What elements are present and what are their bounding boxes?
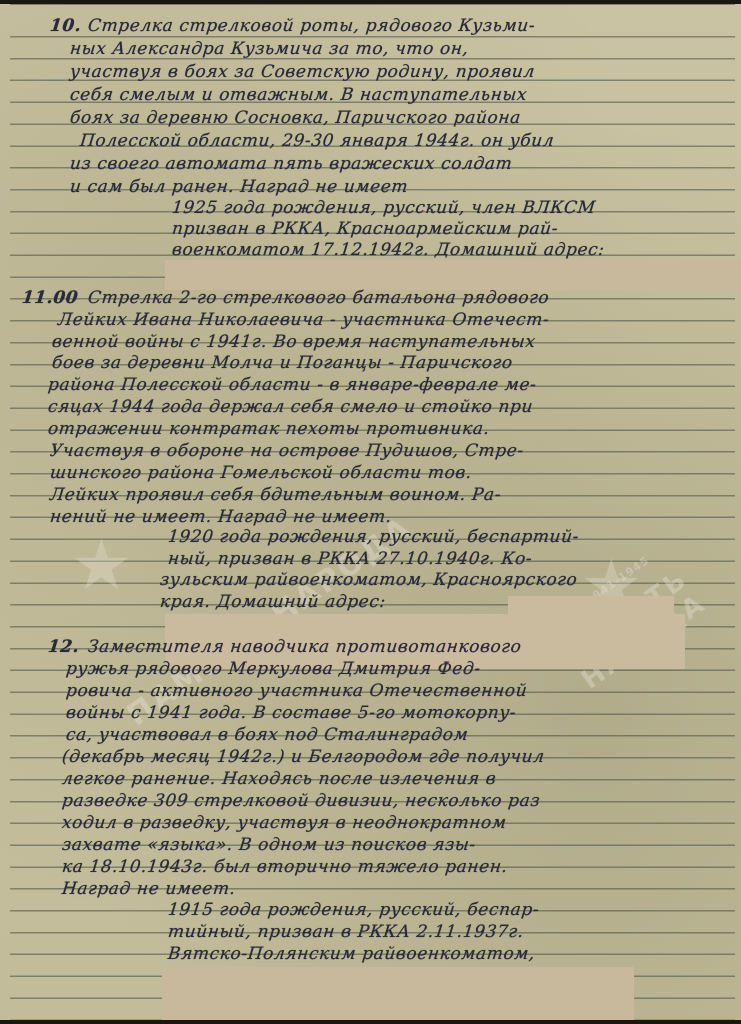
bio-line: 1925 года рождения, русский, член ВЛКСМ [171,198,597,218]
entry-line: Участвуя в обороне на острове Пудишов, С… [49,441,525,461]
entry-line: Наград не имеет. [61,879,237,899]
entry-line: ка 18.10.1943г. был вторично тяжело ране… [61,857,509,877]
entry-line: участвуя в боях за Советскую родину, про… [69,62,536,82]
entry-line: ровича - активного участника Отечественн… [65,681,528,701]
bio-line: Вятско-Полянским райвоенкоматом, [167,944,536,964]
entry-line: сяцах 1944 года держал себя смело и стой… [47,397,534,417]
entry-line: войны с 1941 года. В составе 5-го мотоко… [65,703,517,723]
entry-line: Стрелка 2-го стрелкового батальона рядов… [87,288,550,308]
entry-line: ных Александра Кузьмича за то, что он, [69,39,470,59]
entry-line: себя смелым и отважным. В наступательных [69,85,528,105]
redaction-box [165,260,741,290]
entry-line: района Полесской области - в январе-февр… [47,375,538,395]
entry-line: са, участвовал в боях под Сталинградом [65,725,469,745]
entry-line: венной войны с 1941г. Во время наступате… [51,332,537,352]
entry-line: из своего автомата пять вражеских солдат [69,154,513,174]
bio-line: ный, призван в РККА 27.10.1940г. Ко- [167,549,533,569]
redaction-box [162,967,634,1020]
entry-line: и сам был ранен. Наград не имеет [69,177,409,197]
bio-line: призван в РККА, Красноармейским рай- [171,219,559,239]
entry-number: 11.00 [21,288,79,308]
bio-line: тийный, призван в РККА 2.11.1937г. [167,922,525,942]
entry-number: 10. [49,16,82,36]
entry-line: боев за деревни Молча и Поганцы - Паричс… [51,353,514,373]
entry-line: отражении контратак пехоты противника. [47,419,491,439]
entry-line: захвате «языка». В одном из поисков язы- [61,835,477,855]
bio-line: военкоматом 17.12.1942г. Домашний адрес: [171,240,606,260]
entry-line: Заместителя наводчика противотанкового [87,637,523,657]
entry-line: шинского района Гомельской области тов. [49,463,473,483]
bio-line: края. Домашний адрес: [159,592,387,612]
bio-line: 1915 года рождения, русский, беспар- [167,900,540,920]
entry-line: разведке 309 стрелковой дивизии, несколь… [61,791,541,811]
entry-number: 12. [47,637,80,657]
entry-line: ходил в разведку, участвуя в неоднократн… [61,813,508,833]
entry-line: нений не имеет. Наград не имеет. [49,507,393,527]
entry-line: Стрелка стрелковой роты, рядового Кузьми… [87,16,536,36]
bio-line: 1920 года рождения, русский, беспартий- [167,527,580,547]
entry-line: ружья рядового Меркулова Дмитрия Фед- [65,659,482,679]
bio-line: зульским райвоенкоматом, Красноярского [159,570,578,590]
star-icon: ★ [70,524,133,606]
document-page: ★ ПАМЯТЬ НАРОДА ★ ПАМЯТЬ НАРОДА 1941-194… [0,4,741,1020]
entry-line: (декабрь месяц 1942г.) и Белгородом где … [61,747,546,767]
entry-line: легкое ранение. Находясь после излечения… [61,769,497,789]
entry-line: Лейких Ивана Николаевича - участника Оте… [57,310,550,330]
entry-line: Полесской области, 29-30 января 1944г. о… [79,131,555,151]
entry-line: боях за деревню Сосновка, Паричского рай… [69,108,522,128]
entry-line: Лейких проявил себя бдительным воином. Р… [49,485,502,505]
